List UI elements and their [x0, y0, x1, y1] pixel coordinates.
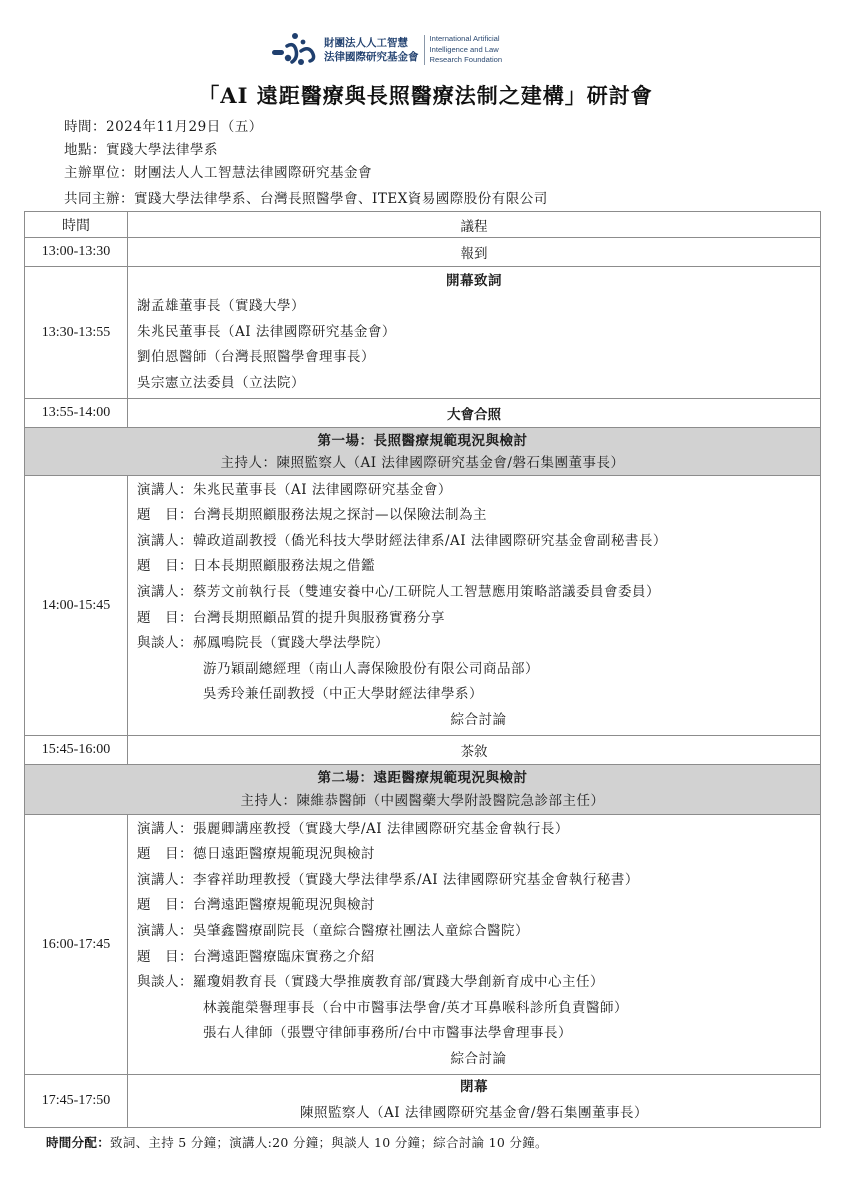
opening-speaker: 吳宗憲立法委員（立法院）	[137, 371, 820, 397]
discussion-line: 綜合討論	[137, 1047, 820, 1073]
topic-line: 題 目：德日遠距醫療規範現況與檢討	[137, 842, 820, 868]
time-cell: 13:55-14:00	[25, 399, 128, 428]
logo-en-line2: Intelligence and Law	[430, 45, 503, 56]
event-location: 地點：實踐大學法律學系	[64, 138, 218, 158]
agenda-cell: 演講人：朱兆民董事長（AI 法律國際研究基金會） 題 目：台灣長期照顧服務法規之…	[128, 476, 821, 736]
logo-chinese-name: 財團法人人工智慧 法律國際研究基金會	[324, 36, 419, 64]
agenda-cell: 開幕致詞 謝孟雄董事長（實踐大學） 朱兆民董事長（AI 法律國際研究基金會） 劉…	[128, 267, 821, 399]
agenda-cell: 閉幕 陳照監察人（AI 法律國際研究基金會/磐石集團董事長）	[128, 1075, 821, 1128]
agenda-cell: 報到	[128, 238, 821, 267]
agenda-cell: 演講人：張麗卿講座教授（實踐大學/AI 法律國際研究基金會執行長） 題 目：德日…	[128, 815, 821, 1075]
topic-line: 題 目：台灣遠距醫療臨床實務之介紹	[137, 945, 820, 971]
table-row-break: 15:45-16:00 茶敘	[25, 736, 821, 765]
topic-line: 題 目：日本長期照顧服務法規之借鑑	[137, 554, 820, 580]
time-cell: 16:00-17:45	[25, 815, 128, 1075]
time-cell: 13:00-13:30	[25, 238, 128, 267]
time-allocation-text: 致詞、主持 5 分鐘；演講人:20 分鐘；與談人 10 分鐘；綜合討論 10 分…	[110, 1135, 548, 1150]
agenda-table: 時間 議程 13:00-13:30 報到 13:30-13:55 開幕致詞 謝孟…	[24, 211, 821, 1128]
discussant-line: 與談人：郝鳳鳴院長（實踐大學法學院）	[137, 631, 820, 657]
opening-speaker: 劉伯恩醫師（台灣長照醫學會理事長）	[137, 345, 820, 371]
table-row-closing: 17:45-17:50 閉幕 陳照監察人（AI 法律國際研究基金會/磐石集團董事…	[25, 1075, 821, 1128]
time-cell: 13:30-13:55	[25, 267, 128, 399]
discussant-line: 游乃穎副總經理（南山人壽保險股份有限公司商品部）	[137, 657, 820, 683]
table-row-registration: 13:00-13:30 報到	[25, 238, 821, 267]
foundation-logo: 財團法人人工智慧 法律國際研究基金會 International Artific…	[272, 30, 502, 70]
session2-moderator: 主持人：陳維恭醫師（中國醫藥大學附設醫院急診部主任）	[25, 790, 820, 813]
session1-title: 第一場：長照醫療規範現況與檢討	[25, 430, 820, 452]
speaker-line: 演講人：吳肇鑫醫療副院長（童綜合醫療社團法人童綜合醫院）	[137, 919, 820, 945]
discussant-line: 林義龍榮譽理事長（台中市醫事法學會/英才耳鼻喉科診所負責醫師）	[137, 996, 820, 1022]
page-title: 「AI 遠距醫療與長照醫療法制之建構」研討會	[0, 80, 851, 110]
discussant-line: 與談人：羅瓊娟教育長（實踐大學推廣教育部/實踐大學創新育成中心主任）	[137, 970, 820, 996]
topic-line: 題 目：台灣長期照顧服務法規之探討—以保險法制為主	[137, 503, 820, 529]
speaker-line: 演講人：朱兆民董事長（AI 法律國際研究基金會）	[137, 478, 820, 504]
foundation-logo-icon	[272, 32, 318, 68]
time-allocation-label: 時間分配：	[46, 1135, 110, 1150]
agenda-cell: 茶敘	[128, 736, 821, 765]
speaker-line: 演講人：李睿祥助理教授（實踐大學法律學系/AI 法律國際研究基金會執行秘書）	[137, 868, 820, 894]
time-cell: 15:45-16:00	[25, 736, 128, 765]
logo-en-line3: Research Foundation	[430, 55, 503, 66]
table-header-row: 時間 議程	[25, 212, 821, 238]
logo-zh-line2: 法律國際研究基金會	[324, 50, 419, 64]
logo-zh-line1: 財團法人人工智慧	[324, 36, 419, 50]
topic-line: 題 目：台灣長期照顧品質的提升與服務實務分享	[137, 606, 820, 632]
table-row-session2: 16:00-17:45 演講人：張麗卿講座教授（實踐大學/AI 法律國際研究基金…	[25, 815, 821, 1075]
header-agenda: 議程	[128, 212, 821, 238]
speaker-line: 演講人：張麗卿講座教授（實踐大學/AI 法律國際研究基金會執行長）	[137, 817, 820, 843]
session2-header-row: 第二場：遠距醫療規範現況與檢討 主持人：陳維恭醫師（中國醫藥大學附設醫院急診部主…	[25, 765, 821, 815]
table-row-photo: 13:55-14:00 大會合照	[25, 399, 821, 428]
event-organizer: 主辦單位：財團法人人工智慧法律國際研究基金會	[64, 161, 372, 181]
opening-speaker: 朱兆民董事長（AI 法律國際研究基金會）	[137, 320, 820, 346]
discussant-line: 張右人律師（張豐守律師事務所/台中市醫事法學會理事長）	[137, 1021, 820, 1047]
time-allocation-note: 時間分配：致詞、主持 5 分鐘；演講人:20 分鐘；與談人 10 分鐘；綜合討論…	[46, 1133, 548, 1151]
session1-header: 第一場：長照醫療規範現況與檢討 主持人：陳照監察人（AI 法律國際研究基金會/磐…	[25, 428, 821, 476]
logo-divider	[424, 35, 425, 65]
event-co-organizers: 共同主辦：實踐大學法律學系、台灣長照醫學會、ITEX資易國際股份有限公司	[64, 187, 548, 207]
agenda-cell: 大會合照	[128, 399, 821, 428]
table-row-session1: 14:00-15:45 演講人：朱兆民董事長（AI 法律國際研究基金會） 題 目…	[25, 476, 821, 736]
session1-header-row: 第一場：長照醫療規範現況與檢討 主持人：陳照監察人（AI 法律國際研究基金會/磐…	[25, 428, 821, 476]
session2-header: 第二場：遠距醫療規範現況與檢討 主持人：陳維恭醫師（中國醫藥大學附設醫院急診部主…	[25, 765, 821, 815]
time-cell: 17:45-17:50	[25, 1075, 128, 1128]
topic-line: 題 目：台灣遠距醫療規範現況與檢討	[137, 893, 820, 919]
session1-moderator: 主持人：陳照監察人（AI 法律國際研究基金會/磐石集團董事長）	[25, 452, 820, 474]
opening-speaker: 謝孟雄董事長（實踐大學）	[137, 294, 820, 320]
table-row-opening: 13:30-13:55 開幕致詞 謝孟雄董事長（實踐大學） 朱兆民董事長（AI …	[25, 267, 821, 399]
speaker-line: 演講人：韓政道副教授（僑光科技大學財經法律系/AI 法律國際研究基金會副秘書長）	[137, 529, 820, 555]
opening-heading: 開幕致詞	[128, 269, 820, 295]
speaker-line: 演講人：蔡芳文前執行長（雙連安養中心/工研院人工智慧應用策略諮議委員會委員）	[137, 580, 820, 606]
discussant-line: 吳秀玲兼任副教授（中正大學財經法律學系）	[137, 682, 820, 708]
discussion-line: 綜合討論	[137, 708, 820, 734]
time-cell: 14:00-15:45	[25, 476, 128, 736]
header-time: 時間	[25, 212, 128, 238]
closing-speaker: 陳照監察人（AI 法律國際研究基金會/磐石集團董事長）	[128, 1101, 820, 1127]
logo-english-name: International Artificial Intelligence an…	[430, 34, 503, 66]
logo-en-line1: International Artificial	[430, 34, 503, 45]
session2-title: 第二場：遠距醫療規範現況與檢討	[25, 767, 820, 790]
event-time: 時間：2024年11月29日（五）	[64, 115, 263, 135]
closing-heading: 閉幕	[128, 1075, 820, 1101]
